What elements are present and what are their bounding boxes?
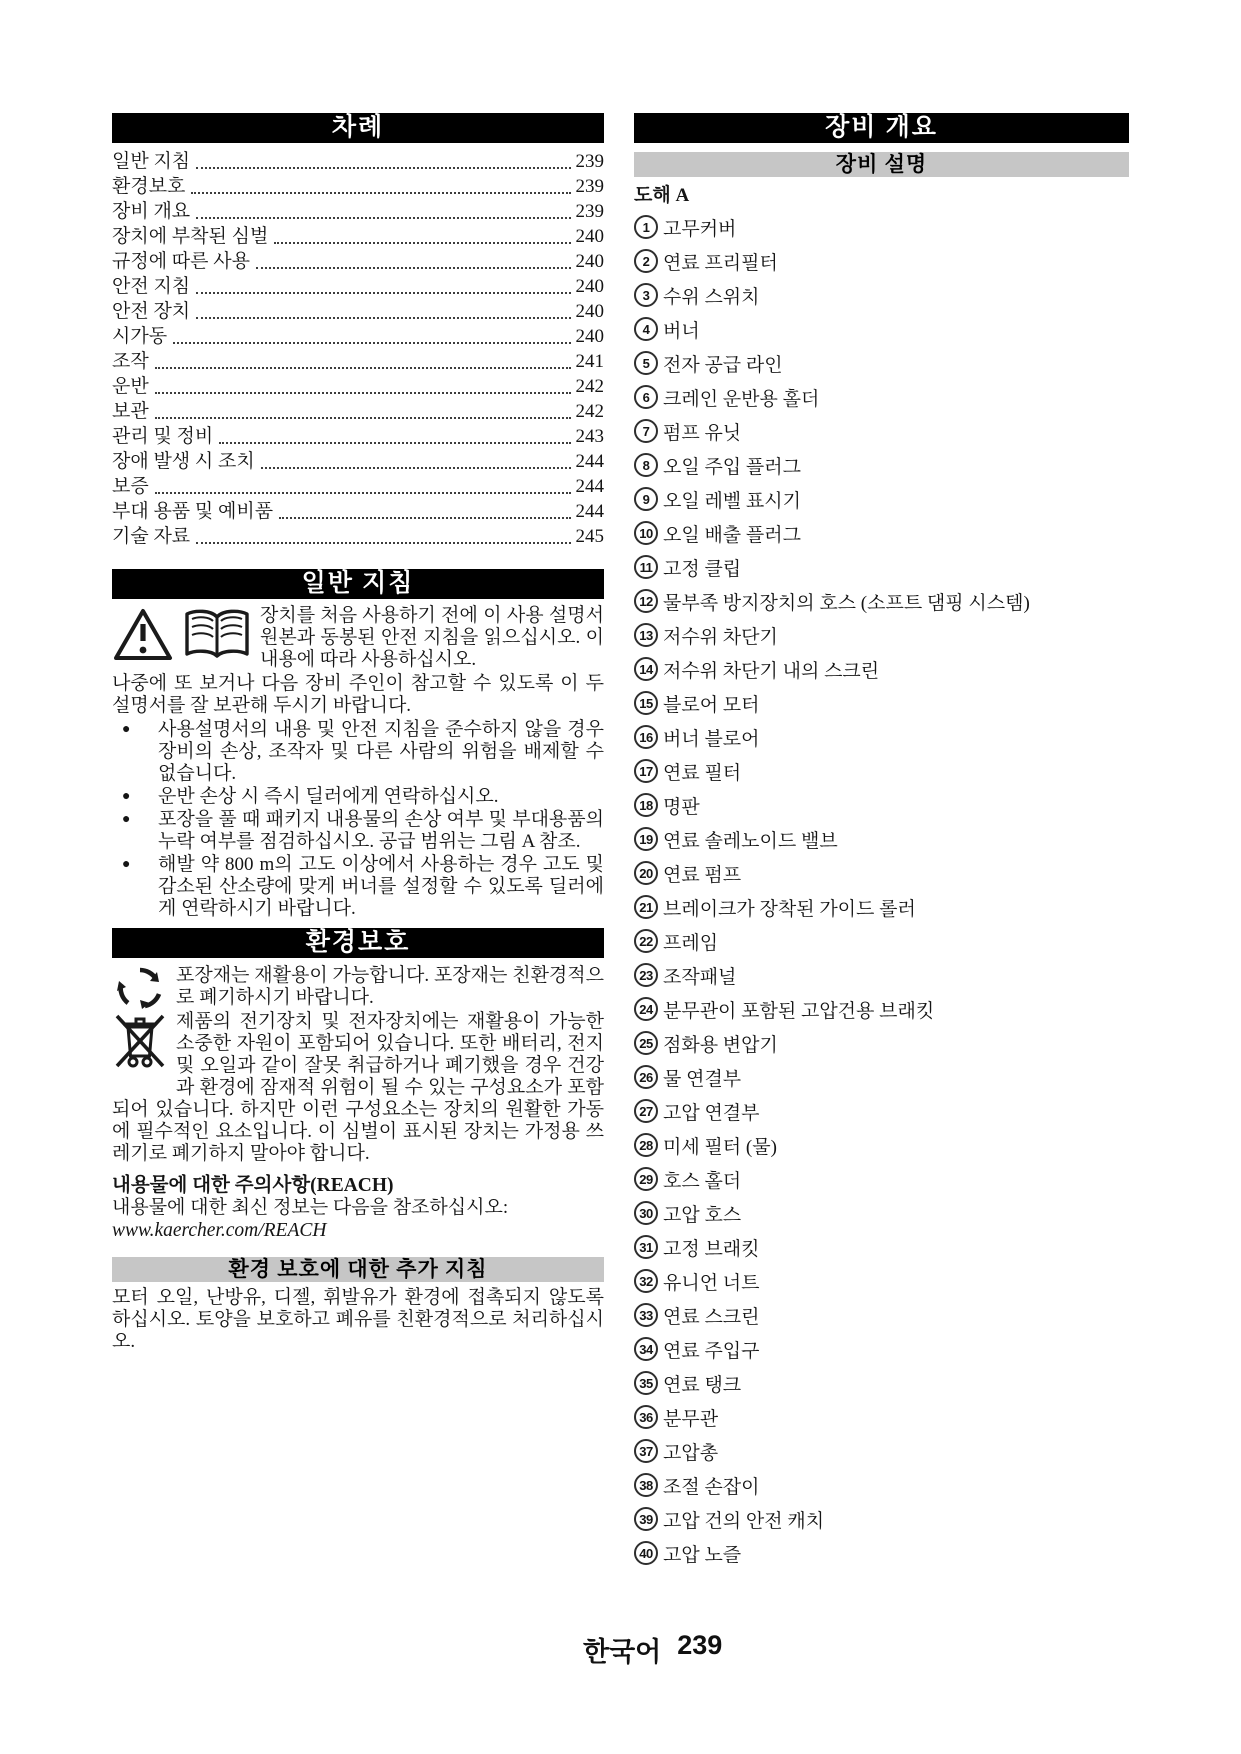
device-part-label: 연료 프리필터	[663, 248, 778, 275]
device-part-label: 유니언 너트	[663, 1268, 760, 1295]
recycling-icon	[112, 965, 176, 1009]
device-part-row: 27고압 연결부	[634, 1094, 1129, 1128]
circled-number-badge: 1	[634, 215, 658, 239]
circled-number-badge: 16	[634, 725, 658, 749]
toc-leader-dots	[196, 292, 570, 294]
circled-number-badge: 9	[634, 487, 658, 511]
device-part-row: 29호스 홀더	[634, 1162, 1129, 1196]
general-intro-text: 장치를 처음 사용하기 전에 이 사용 설명서 원본과 동봉된 안전 지침을 읽…	[260, 605, 604, 670]
general-bullet-list: ●사용설명서의 내용 및 안전 지침을 준수하지 않을 경우 장비의 손상, 조…	[112, 719, 604, 920]
toc-entry-label: 시가동	[112, 324, 167, 349]
bullet-text: 해발 약 800 m의 고도 이상에서 사용하는 경우 고도 및 감소된 산소량…	[158, 854, 604, 920]
toc-leader-dots	[274, 242, 570, 244]
toc-leader-dots	[256, 267, 571, 269]
device-part-label: 오일 배출 플러그	[663, 520, 801, 547]
bullet-item: ●사용설명서의 내용 및 안전 지침을 준수하지 않을 경우 장비의 손상, 조…	[112, 719, 604, 785]
device-part-row: 12물부족 방지장치의 호스 (소프트 댐핑 시스템)	[634, 584, 1129, 618]
toc-header: 차례	[112, 113, 604, 143]
bullet-item: ●포장을 풀 때 패키지 내용물의 손상 여부 및 부대용품의 누락 여부를 점…	[112, 809, 604, 853]
circled-number-badge: 31	[634, 1235, 658, 1259]
device-part-label: 저수위 차단기	[663, 622, 778, 649]
device-part-label: 브레이크가 장착된 가이드 롤러	[663, 894, 916, 921]
reach-url: www.kaercher.com/REACH	[112, 1219, 604, 1243]
toc-leader-dots	[219, 442, 570, 444]
footer-page-number: 239	[677, 1630, 722, 1669]
circled-number-badge: 3	[634, 283, 658, 307]
device-part-label: 버너	[663, 316, 700, 343]
toc-leader-dots	[191, 192, 570, 194]
circled-number-badge: 29	[634, 1167, 658, 1191]
circled-number-badge: 27	[634, 1099, 658, 1123]
circled-number-badge: 2	[634, 249, 658, 273]
toc-row: 관리 및 정비243	[112, 424, 604, 449]
reach-text: 내용물에 대한 최신 정보는 다음을 참조하십시오:	[112, 1197, 604, 1219]
device-part-label: 수위 스위치	[663, 282, 760, 309]
device-part-row: 17연료 필터	[634, 754, 1129, 788]
circled-number-badge: 18	[634, 793, 658, 817]
toc-entry-label: 환경보호	[112, 174, 185, 199]
toc-row: 기술 자료245	[112, 524, 604, 549]
device-part-label: 고압 연결부	[663, 1098, 760, 1125]
device-part-row: 13저수위 차단기	[634, 618, 1129, 652]
toc-leader-dots	[155, 392, 571, 394]
device-part-row: 1고무커버	[634, 210, 1129, 244]
bullet-item: ●운반 손상 시 즉시 딜러에게 연락하십시오.	[112, 786, 604, 808]
toc-entry-page: 240	[576, 299, 605, 324]
right-column: 장비 개요 장비 설명 도해 A 1고무커버2연료 프리필터3수위 스위치4버너…	[634, 113, 1129, 1570]
device-part-row: 21브레이크가 장착된 가이드 롤러	[634, 890, 1129, 924]
manual-icon	[182, 607, 252, 663]
device-part-row: 18명판	[634, 788, 1129, 822]
manual-page: 차례 일반 지침239환경보호239장비 개요239장치에 부착된 심벌240규…	[0, 0, 1241, 1754]
device-part-label: 오일 레벨 표시기	[663, 486, 801, 513]
circled-number-badge: 36	[634, 1405, 658, 1429]
toc-entry-page: 240	[576, 249, 605, 274]
toc-entry-page: 240	[576, 274, 605, 299]
device-part-label: 연료 스크린	[663, 1302, 760, 1329]
device-part-row: 10오일 배출 플러그	[634, 516, 1129, 550]
toc-entry-page: 240	[576, 224, 605, 249]
toc-entry-page: 244	[576, 474, 605, 499]
figure-label: 도해 A	[634, 184, 1129, 208]
weee-crossed-bin-icon	[112, 1011, 168, 1071]
general-keep-paragraph: 나중에 또 보거나 다음 장비 주인이 참고할 수 있도록 이 두 설명서를 잘…	[112, 673, 604, 717]
device-part-row: 7펌프 유닛	[634, 414, 1129, 448]
toc-entry-label: 장비 개요	[112, 199, 190, 224]
toc-row: 부대 용품 및 예비품244	[112, 499, 604, 524]
device-part-label: 연료 주입구	[663, 1336, 760, 1363]
device-part-row: 11고정 클립	[634, 550, 1129, 584]
toc-entry-page: 239	[576, 149, 605, 174]
bullet-marker: ●	[112, 719, 158, 785]
circled-number-badge: 17	[634, 759, 658, 783]
device-part-row: 25점화용 변압기	[634, 1026, 1129, 1060]
bullet-text: 포장을 풀 때 패키지 내용물의 손상 여부 및 부대용품의 누락 여부를 점검…	[158, 809, 604, 853]
toc-entry-page: 239	[576, 174, 605, 199]
toc-entry-label: 보관	[112, 399, 149, 424]
extra-environment-header: 환경 보호에 대한 추가 지침	[112, 1257, 604, 1282]
device-part-row: 20연료 펌프	[634, 856, 1129, 890]
toc-row: 안전 장치240	[112, 299, 604, 324]
bullet-text: 운반 손상 시 즉시 딜러에게 연락하십시오.	[158, 786, 604, 808]
device-part-row: 22프레임	[634, 924, 1129, 958]
circled-number-badge: 22	[634, 929, 658, 953]
circled-number-badge: 14	[634, 657, 658, 681]
toc-entry-page: 242	[576, 399, 605, 424]
device-part-row: 35연료 탱크	[634, 1366, 1129, 1400]
device-part-row: 23조작패널	[634, 958, 1129, 992]
device-part-label: 오일 주입 플러그	[663, 452, 801, 479]
circled-number-badge: 19	[634, 827, 658, 851]
circled-number-badge: 7	[634, 419, 658, 443]
circled-number-badge: 4	[634, 317, 658, 341]
device-part-row: 14저수위 차단기 내의 스크린	[634, 652, 1129, 686]
toc-row: 보증244	[112, 474, 604, 499]
toc-row: 보관242	[112, 399, 604, 424]
device-part-label: 버너 블로어	[663, 724, 760, 751]
weee-text: 제품의 전기장치 및 전자장치에는 재활용이 가능한 소중한 자원이 포함되어 …	[112, 1011, 604, 1164]
device-part-label: 분무관	[663, 1404, 718, 1431]
device-part-label: 고정 브래킷	[663, 1234, 760, 1261]
toc-row: 규정에 따른 사용240	[112, 249, 604, 274]
intro-icon-group	[112, 605, 260, 673]
circled-number-badge: 34	[634, 1337, 658, 1361]
circled-number-badge: 37	[634, 1439, 658, 1463]
toc-entry-page: 244	[576, 499, 605, 524]
toc-entry-page: 242	[576, 374, 605, 399]
toc-row: 장치에 부착된 심벌240	[112, 224, 604, 249]
circled-number-badge: 26	[634, 1065, 658, 1089]
toc-leader-dots	[155, 417, 571, 419]
circled-number-badge: 35	[634, 1371, 658, 1395]
device-part-row: 33연료 스크린	[634, 1298, 1129, 1332]
device-part-label: 고압 노즐	[663, 1540, 741, 1567]
device-part-label: 명판	[663, 792, 700, 819]
device-part-row: 2연료 프리필터	[634, 244, 1129, 278]
device-part-row: 39고압 건의 안전 캐치	[634, 1502, 1129, 1536]
toc-entry-label: 조작	[112, 349, 149, 374]
device-overview-header: 장비 개요	[634, 113, 1129, 143]
device-part-label: 연료 탱크	[663, 1370, 741, 1397]
device-part-row: 5전자 공급 라인	[634, 346, 1129, 380]
toc-entry-page: 243	[576, 424, 605, 449]
toc-entry-page: 244	[576, 449, 605, 474]
footer-language: 한국어	[583, 1630, 661, 1669]
circled-number-badge: 23	[634, 963, 658, 987]
circled-number-badge: 13	[634, 623, 658, 647]
circled-number-badge: 40	[634, 1541, 658, 1565]
device-part-label: 연료 필터	[663, 758, 741, 785]
device-part-label: 고정 클립	[663, 554, 741, 581]
circled-number-badge: 10	[634, 521, 658, 545]
recycle-text: 포장재는 재활용이 가능합니다. 포장재는 친환경적으로 폐기하시기 바랍니다.	[176, 965, 604, 1008]
device-part-row: 19연료 솔레노이드 밸브	[634, 822, 1129, 856]
toc-entry-label: 안전 지침	[112, 274, 190, 299]
device-part-label: 조절 손잡이	[663, 1472, 760, 1499]
device-part-label: 고압 건의 안전 캐치	[663, 1506, 824, 1533]
toc-row: 안전 지침240	[112, 274, 604, 299]
circled-number-badge: 20	[634, 861, 658, 885]
device-part-label: 연료 솔레노이드 밸브	[663, 826, 838, 853]
toc-leader-dots	[173, 342, 570, 344]
toc-leader-dots	[196, 167, 570, 169]
toc-entry-page: 245	[576, 524, 605, 549]
device-part-label: 조작패널	[663, 962, 736, 989]
circled-number-badge: 15	[634, 691, 658, 715]
device-part-label: 연료 펌프	[663, 860, 741, 887]
toc-entry-label: 보증	[112, 474, 149, 499]
environment-header: 환경보호	[112, 928, 604, 958]
toc-entry-page: 239	[576, 199, 605, 224]
bullet-marker: ●	[112, 809, 158, 853]
reach-heading: 내용물에 대한 주의사항(REACH)	[112, 1174, 604, 1197]
device-part-label: 점화용 변압기	[663, 1030, 778, 1057]
toc-row: 일반 지침239	[112, 149, 604, 174]
toc-leader-dots	[279, 517, 570, 519]
toc-row: 장비 개요239	[112, 199, 604, 224]
device-part-row: 9오일 레벨 표시기	[634, 482, 1129, 516]
device-part-row: 8오일 주입 플러그	[634, 448, 1129, 482]
device-part-row: 32유니언 너트	[634, 1264, 1129, 1298]
weee-paragraph: 제품의 전기장치 및 전자장치에는 재활용이 가능한 소중한 자원이 포함되어 …	[112, 1011, 604, 1165]
device-part-label: 전자 공급 라인	[663, 350, 783, 377]
left-column: 차례 일반 지침239환경보호239장비 개요239장치에 부착된 심벌240규…	[112, 113, 604, 1353]
circled-number-badge: 28	[634, 1133, 658, 1157]
toc-entry-label: 일반 지침	[112, 149, 190, 174]
toc-entry-label: 관리 및 정비	[112, 424, 213, 449]
toc-list: 일반 지침239환경보호239장비 개요239장치에 부착된 심벌240규정에 …	[112, 149, 604, 549]
toc-leader-dots	[261, 467, 571, 469]
toc-leader-dots	[155, 367, 571, 369]
device-part-row: 24분무관이 포함된 고압건용 브래킷	[634, 992, 1129, 1026]
toc-row: 장애 발생 시 조치244	[112, 449, 604, 474]
general-instructions-header: 일반 지침	[112, 569, 604, 599]
toc-leader-dots	[196, 217, 570, 219]
circled-number-badge: 24	[634, 997, 658, 1021]
device-part-label: 크레인 운반용 홀더	[663, 384, 819, 411]
circled-number-badge: 30	[634, 1201, 658, 1225]
toc-row: 조작241	[112, 349, 604, 374]
device-part-label: 고무커버	[663, 214, 736, 241]
device-part-row: 36분무관	[634, 1400, 1129, 1434]
toc-leader-dots	[196, 317, 570, 319]
device-part-label: 분무관이 포함된 고압건용 브래킷	[663, 996, 934, 1023]
circled-number-badge: 21	[634, 895, 658, 919]
circled-number-badge: 25	[634, 1031, 658, 1055]
extra-environment-text: 모터 오일, 난방유, 디젤, 휘발유가 환경에 접촉되지 않도록 하십시오. …	[112, 1287, 604, 1353]
device-part-row: 3수위 스위치	[634, 278, 1129, 312]
toc-entry-label: 장치에 부착된 심벌	[112, 224, 268, 249]
circled-number-badge: 39	[634, 1507, 658, 1531]
device-part-list: 1고무커버2연료 프리필터3수위 스위치4버너5전자 공급 라인6크레인 운반용…	[634, 210, 1129, 1570]
toc-entry-label: 운반	[112, 374, 149, 399]
bullet-marker: ●	[112, 854, 158, 920]
bullet-marker: ●	[112, 786, 158, 808]
device-part-row: 38조절 손잡이	[634, 1468, 1129, 1502]
toc-row: 운반242	[112, 374, 604, 399]
bullet-text: 사용설명서의 내용 및 안전 지침을 준수하지 않을 경우 장비의 손상, 조작…	[158, 719, 604, 785]
device-part-label: 고압총	[663, 1438, 718, 1465]
circled-number-badge: 38	[634, 1473, 658, 1497]
circled-number-badge: 32	[634, 1269, 658, 1293]
circled-number-badge: 8	[634, 453, 658, 477]
page-footer: 한국어 239	[583, 1630, 722, 1669]
toc-leader-dots	[155, 492, 571, 494]
device-part-label: 물부족 방지장치의 호스 (소프트 댐핑 시스템)	[663, 588, 1030, 615]
circled-number-badge: 5	[634, 351, 658, 375]
device-part-label: 고압 호스	[663, 1200, 741, 1227]
device-part-label: 물 연결부	[663, 1064, 741, 1091]
device-part-row: 6크레인 운반용 홀더	[634, 380, 1129, 414]
recycle-paragraph: 포장재는 재활용이 가능합니다. 포장재는 친환경적으로 폐기하시기 바랍니다.	[112, 965, 604, 1009]
general-intro-paragraph: 장치를 처음 사용하기 전에 이 사용 설명서 원본과 동봉된 안전 지침을 읽…	[112, 605, 604, 671]
toc-entry-label: 부대 용품 및 예비품	[112, 499, 273, 524]
device-part-row: 4버너	[634, 312, 1129, 346]
device-part-label: 펌프 유닛	[663, 418, 741, 445]
warning-icon	[112, 607, 174, 663]
device-description-subheader: 장비 설명	[634, 152, 1129, 177]
device-part-label: 미세 필터 (물)	[663, 1132, 777, 1159]
device-part-row: 37고압총	[634, 1434, 1129, 1468]
toc-entry-page: 240	[576, 324, 605, 349]
device-part-row: 26물 연결부	[634, 1060, 1129, 1094]
toc-entry-label: 장애 발생 시 조치	[112, 449, 255, 474]
circled-number-badge: 12	[634, 589, 658, 613]
device-part-row: 40고압 노즐	[634, 1536, 1129, 1570]
device-part-row: 34연료 주입구	[634, 1332, 1129, 1366]
device-part-label: 프레임	[663, 928, 718, 955]
device-part-label: 호스 홀더	[663, 1166, 741, 1193]
device-part-row: 28미세 필터 (물)	[634, 1128, 1129, 1162]
toc-entry-label: 안전 장치	[112, 299, 190, 324]
device-part-row: 15블로어 모터	[634, 686, 1129, 720]
device-part-row: 31고정 브래킷	[634, 1230, 1129, 1264]
toc-entry-page: 241	[576, 349, 605, 374]
toc-leader-dots	[196, 542, 570, 544]
toc-row: 환경보호239	[112, 174, 604, 199]
device-part-label: 블로어 모터	[663, 690, 760, 717]
toc-row: 시가동240	[112, 324, 604, 349]
toc-entry-label: 기술 자료	[112, 524, 190, 549]
weee-icon-group	[112, 1011, 176, 1099]
circled-number-badge: 11	[634, 555, 658, 579]
toc-entry-label: 규정에 따른 사용	[112, 249, 250, 274]
device-part-row: 16버너 블로어	[634, 720, 1129, 754]
circled-number-badge: 6	[634, 385, 658, 409]
device-part-row: 30고압 호스	[634, 1196, 1129, 1230]
bullet-item: ●해발 약 800 m의 고도 이상에서 사용하는 경우 고도 및 감소된 산소…	[112, 854, 604, 920]
circled-number-badge: 33	[634, 1303, 658, 1327]
device-part-label: 저수위 차단기 내의 스크린	[663, 656, 879, 683]
